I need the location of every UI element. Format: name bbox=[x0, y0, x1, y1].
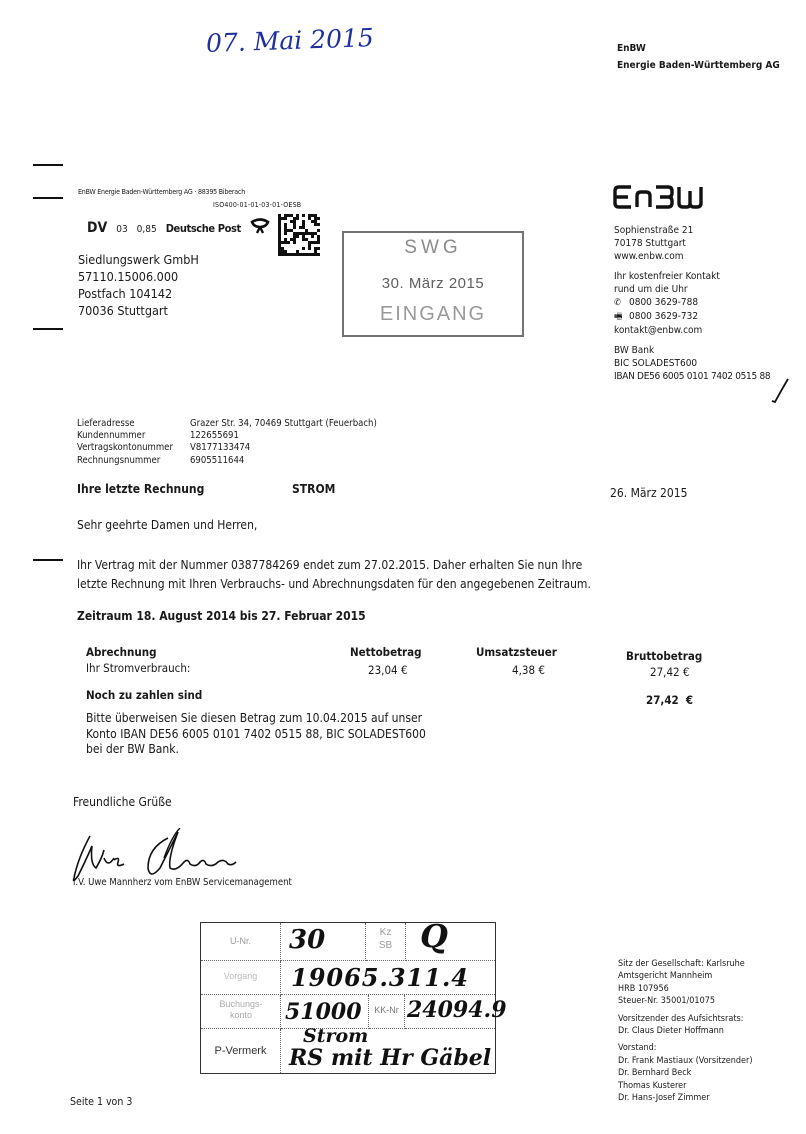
row3-label-cell: Buchungs-konto bbox=[201, 995, 281, 1029]
salutation: Sehr geehrte Damen und Herren, bbox=[77, 518, 257, 532]
stamp-label: EINGANG bbox=[344, 303, 522, 326]
bic: BIC SOLADEST600 bbox=[614, 357, 770, 370]
header-vat: Umsatzsteuer bbox=[476, 645, 557, 659]
bank-name: BW Bank bbox=[614, 344, 770, 357]
body-text: Ihr Vertrag mit der Nummer 0387784269 en… bbox=[77, 556, 677, 594]
billing-period: Zeitraum 18. August 2014 bis 27. Februar… bbox=[77, 609, 366, 623]
row2-label-cell: Vorgang bbox=[201, 961, 281, 995]
datamatrix-code bbox=[278, 214, 320, 256]
u-nr-label-cell: U-Nr. bbox=[201, 923, 281, 961]
p-vermerk-label-cell: P-Vermerk bbox=[201, 1029, 281, 1073]
row-gross: 27,42 € bbox=[650, 665, 689, 679]
postage-type: DV bbox=[87, 220, 107, 236]
website-link[interactable]: www.enbw.com bbox=[614, 250, 770, 263]
recipient-line: Postfach 104142 bbox=[78, 285, 199, 302]
row-item: Ihr Stromverbrauch: bbox=[86, 661, 190, 675]
fax-row: 🖷0800 3629-732 bbox=[614, 310, 770, 324]
p-vermerk-value-cell: Strom RS mit Hr Gäbel bbox=[281, 1029, 495, 1073]
handwritten-date: 07. Mai 2015 bbox=[206, 23, 375, 58]
sender-return-line: EnBW Energie Baden-Württemberg AG · 8839… bbox=[78, 188, 245, 196]
kz-value-cell: Q bbox=[406, 923, 495, 961]
header-item: Abrechnung bbox=[86, 645, 157, 659]
email-link[interactable]: kontakt@enbw.com bbox=[614, 324, 770, 337]
contact-block: Sophienstraße 21 70178 Stuttgart www.enb… bbox=[614, 224, 770, 383]
iso-code: ISO400-01-01-03-01-OESB bbox=[213, 201, 301, 209]
row-net: 23,04 € bbox=[368, 663, 407, 677]
subject-type: STROM bbox=[292, 482, 335, 496]
postage-code: 03 bbox=[116, 224, 127, 235]
recipient-line: 70036 Stuttgart bbox=[78, 302, 199, 319]
processing-stamp: U-Nr. 30 Kz SB Q Vorgang 19065.311.4 Buc… bbox=[200, 922, 496, 1074]
header-net: Nettobetrag bbox=[350, 645, 422, 659]
due-label: Noch zu zahlen sind bbox=[86, 688, 202, 702]
company-full: Energie Baden-Württemberg AG bbox=[617, 57, 780, 74]
postage-imprint: DV 03 0,85 Deutsche Post bbox=[87, 216, 270, 236]
fax-number: 0800 3629-732 bbox=[629, 311, 698, 322]
stamp-date: 30. März 2015 bbox=[344, 275, 522, 292]
kk-label-cell: KK-Nr bbox=[369, 995, 405, 1029]
signatory-name: i.V. Uwe Mannherz vom EnBW Servicemanage… bbox=[73, 877, 292, 888]
row3-value-cell: 51000 bbox=[281, 995, 369, 1029]
payment-instructions: Bitte überweisen Sie diesen Betrag zum 1… bbox=[86, 711, 486, 758]
phone-number[interactable]: 0800 3629-788 bbox=[629, 297, 698, 308]
kz-label-cell: Kz SB bbox=[366, 923, 406, 961]
recipient-address: Siedlungswerk GmbH 57110.15006.000 Postf… bbox=[78, 251, 199, 319]
u-nr-value-cell: 30 bbox=[281, 923, 366, 961]
phone-row: ✆0800 3629-788 bbox=[614, 296, 770, 310]
company-short: EnBW bbox=[617, 40, 780, 57]
kk-value-cell: 24094.9 bbox=[405, 995, 495, 1029]
reference-row: Kundennummer122655691 bbox=[77, 430, 377, 442]
reference-block: LieferadresseGrazer Str. 34, 70469 Stutt… bbox=[77, 418, 377, 467]
fold-mark bbox=[33, 164, 63, 166]
reference-row: VertragskontonummerV8177133474 bbox=[77, 442, 377, 454]
received-stamp: SWG 30. März 2015 EINGANG bbox=[342, 231, 524, 337]
page-number: Seite 1 von 3 bbox=[70, 1096, 132, 1108]
posthorn-icon bbox=[250, 218, 270, 234]
phone-icon: ✆ bbox=[614, 297, 624, 310]
punch-mark bbox=[33, 559, 63, 561]
contact-heading: Ihr kostenfreier Kontakt bbox=[614, 270, 770, 283]
fax-icon: 🖷 bbox=[614, 311, 624, 324]
street: Sophienstraße 21 bbox=[614, 224, 770, 237]
closing-greeting: Freundliche Grüße bbox=[73, 795, 172, 809]
enbw-logo bbox=[613, 183, 705, 211]
subject-title: Ihre letzte Rechnung bbox=[77, 482, 204, 496]
row2-value-cell: 19065.311.4 bbox=[281, 961, 495, 995]
recipient-line: Siedlungswerk GmbH bbox=[78, 251, 199, 268]
recipient-line: 57110.15006.000 bbox=[78, 268, 199, 285]
fold-mark bbox=[33, 328, 63, 330]
stamp-org: SWG bbox=[344, 237, 522, 259]
header-gross: Bruttobetrag bbox=[626, 649, 702, 663]
due-amount: 27,42 € bbox=[646, 693, 693, 707]
header-company: EnBW Energie Baden-Württemberg AG bbox=[617, 40, 780, 74]
iban: IBAN DE56 6005 0101 7402 0515 88 bbox=[614, 370, 770, 383]
carrier-name: Deutsche Post bbox=[166, 222, 241, 235]
fold-mark bbox=[33, 197, 63, 199]
row-vat: 4,38 € bbox=[512, 663, 545, 677]
reference-row: Rechnungsnummer6905511644 bbox=[77, 455, 377, 467]
legal-info: Sitz der Gesellschaft: Karlsruhe Amtsger… bbox=[618, 958, 753, 1104]
postage-amount: 0,85 bbox=[137, 224, 157, 235]
contact-heading-2: rund um die Uhr bbox=[614, 283, 770, 296]
reference-row: LieferadresseGrazer Str. 34, 70469 Stutt… bbox=[77, 418, 377, 430]
city: 70178 Stuttgart bbox=[614, 237, 770, 250]
letter-date: 26. März 2015 bbox=[610, 486, 688, 500]
checkmark-icon bbox=[770, 377, 790, 403]
